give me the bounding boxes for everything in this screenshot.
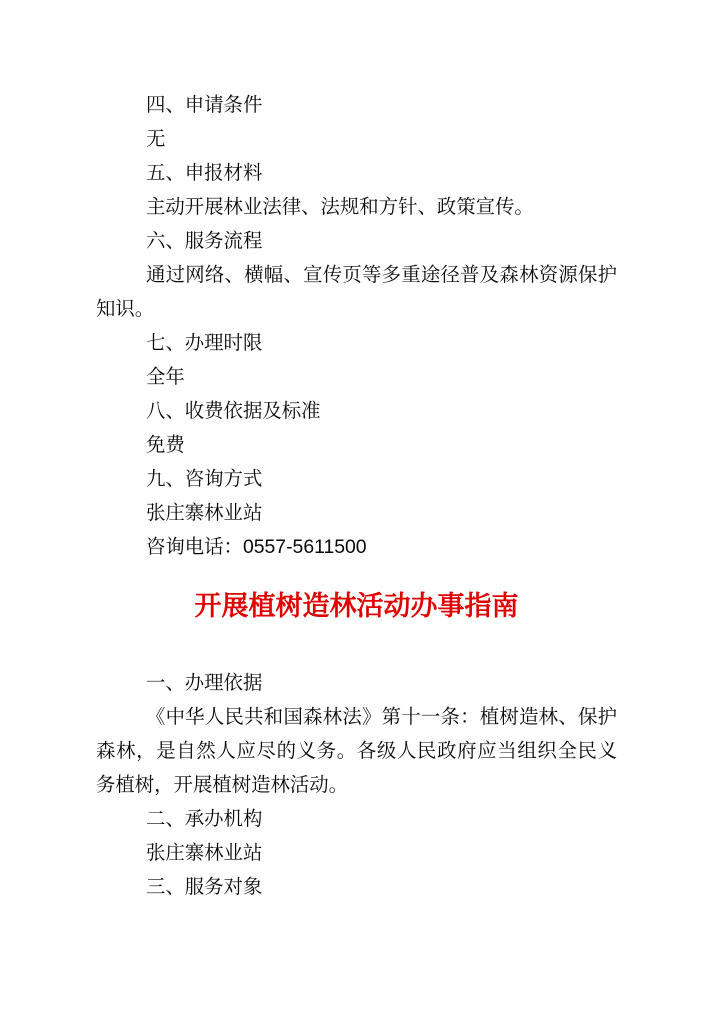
section-heading-application-conditions: 四、申请条件 [96,88,617,122]
section-body-fee-basis: 免费 [96,428,617,462]
section-body-declaration-materials: 主动开展林业法律、法规和方针、政策宣传。 [96,190,617,224]
section-heading-declaration-materials: 五、申报材料 [96,156,617,190]
document-content: 四、申请条件 无 五、申报材料 主动开展林业法律、法规和方针、政策宣传。 六、服… [0,0,715,904]
section-body-consultation-phone: 咨询电话：0557-5611500 [96,530,617,564]
section-heading-service-target: 三、服务对象 [96,870,617,904]
section-heading-processing-time: 七、办理时限 [96,326,617,360]
section-body-handling-basis: 《中华人民共和国森林法》第十一条：植树造林、保护森林，是自然人应尽的义务。各级人… [96,700,617,802]
section-body-service-process: 通过网络、横幅、宣传页等多重途径普及森林资源保护知识。 [96,258,617,326]
section-body-application-conditions: 无 [96,122,617,156]
section-heading-handling-basis: 一、办理依据 [96,666,617,700]
section-body-consultation-station: 张庄寨林业站 [96,496,617,530]
section-heading-service-process: 六、服务流程 [96,224,617,258]
section-heading-fee-basis: 八、收费依据及标准 [96,394,617,428]
document-title: 开展植树造林活动办事指南 [96,586,617,626]
section-heading-undertaking-agency: 二、承办机构 [96,802,617,836]
section-body-processing-time: 全年 [96,360,617,394]
section-heading-consultation-method: 九、咨询方式 [96,462,617,496]
section-body-undertaking-agency: 张庄寨林业站 [96,836,617,870]
document-page: 四、申请条件 无 五、申报材料 主动开展林业法律、法规和方针、政策宣传。 六、服… [0,0,715,1011]
